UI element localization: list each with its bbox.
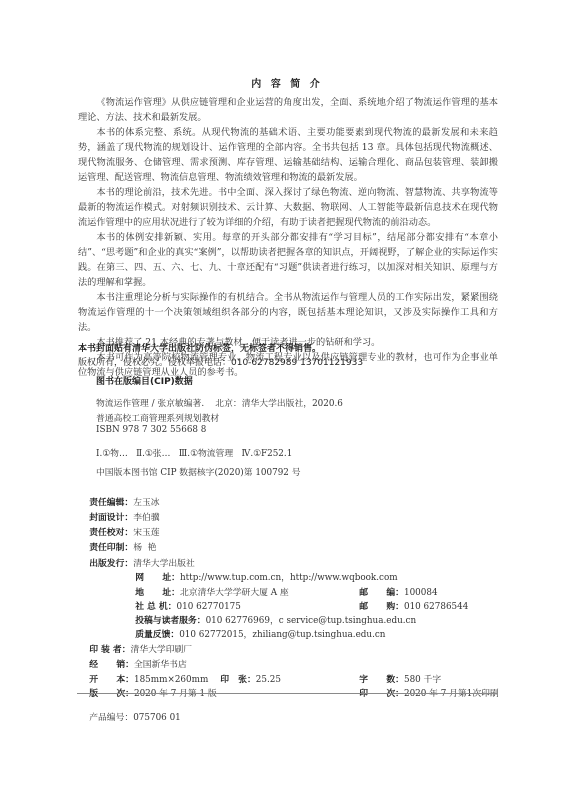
content-summary: 《物流运作管理》从供应链管理和企业运营的角度出发，全面、系统地介绍了物流运作管理… bbox=[78, 95, 498, 380]
product-code-label: 产品编号： bbox=[89, 713, 133, 723]
summary-paragraph: 本书的理论前沿，技术先进。书中全面、深入探讨了绿色物流、逆向物流、智慧物流、共享… bbox=[78, 185, 498, 230]
cip-line: 普通高校工商管理系列规划教材 bbox=[96, 411, 219, 424]
copyright-page: 内 容 简 介 《物流运作管理》从供应链管理和企业运营的角度出发，全面、系统地介… bbox=[0, 0, 574, 800]
cip-line: ISBN 978 7 302 55668 8 bbox=[96, 425, 206, 435]
anti-counterfeit-notice: 本书封面贴有清华大学出版社防伪标签，无标签者不得销售。 bbox=[78, 341, 508, 354]
product-code-row: 产品编号：075706 01 bbox=[78, 700, 181, 733]
divider-line bbox=[77, 693, 497, 694]
cip-line: 物流运作管理 / 张京敏编著. 北京：清华大学出版社，2020.6 bbox=[96, 396, 343, 409]
impression-label: 印 次： bbox=[359, 689, 404, 699]
page-title: 内 容 简 介 bbox=[0, 75, 574, 90]
sheets-row: 印 张：25.25 bbox=[209, 662, 281, 695]
summary-paragraph: 本书的体系完整、系统。从现代物流的基础术语、主要功能要素到现代物流的最新发展和未… bbox=[78, 125, 498, 185]
cip-line: 中国版本图书馆 CIP 数据核字(2020)第 100792 号 bbox=[96, 465, 301, 478]
cip-line: Ⅰ.①物… Ⅱ.①张… Ⅲ.①物流管理 Ⅳ.①F252.1 bbox=[96, 446, 292, 459]
summary-paragraph: 本书的体例安排新颖、实用。每章的开头部分都安排有“学习目标”，结尾部分都安排有“… bbox=[78, 230, 498, 290]
quality-value: 010 62772015，zhiliang@tup.tsinghua.edu.c… bbox=[179, 630, 385, 640]
price-row bbox=[78, 681, 84, 701]
edition-label: 版 次： bbox=[89, 689, 134, 699]
summary-paragraph: 本书注重理论分析与实际操作的有机结合。全书从物流运作与管理人员的工作实际出发，紧… bbox=[78, 290, 498, 335]
cip-heading: 图书在版编目(CIP)数据 bbox=[96, 374, 193, 387]
sheets-label: 印 张： bbox=[220, 675, 256, 685]
summary-paragraph: 《物流运作管理》从供应链管理和企业运营的角度出发，全面、系统地介绍了物流运作管理… bbox=[78, 95, 498, 125]
sheets-value: 25.25 bbox=[256, 675, 281, 685]
product-code-value: 075706 01 bbox=[133, 713, 181, 723]
edition-value: 2020 年 7 月第 1 版 bbox=[134, 689, 217, 699]
copyright-notice: 版权所有，侵权必究。侵权举报电话：010-62782989 1370112193… bbox=[78, 355, 508, 368]
impression-value: 2020 年 7 月第1次印刷 bbox=[404, 689, 499, 699]
